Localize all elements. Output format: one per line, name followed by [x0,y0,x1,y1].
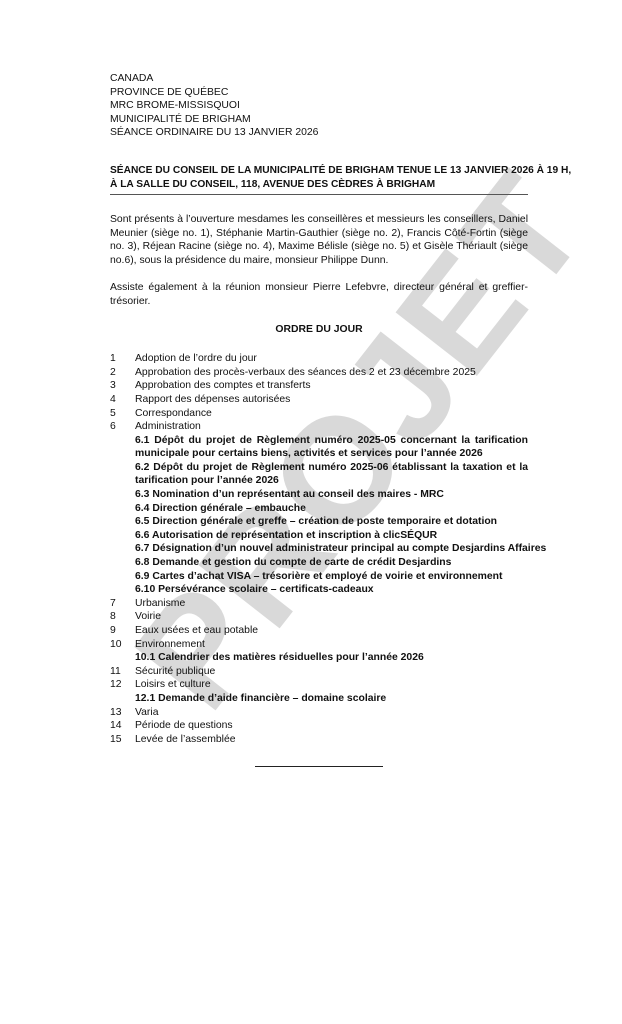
agenda-item-label: Environnement [135,638,205,652]
agenda-item-label: Urbanisme [135,597,185,611]
agenda-item-number: 4 [110,393,135,407]
agenda-item: 1Adoption de l’ordre du jour [110,352,528,366]
agenda-item-label: Varia [135,706,159,720]
end-separator-line [255,766,383,767]
agenda-item: 14Période de questions [110,719,528,733]
agenda-item: 9Eaux usées et eau potable [110,624,528,638]
header-line-municipality: MUNICIPALITÉ DE BRIGHAM [110,113,528,127]
agenda-item-number: 11 [110,665,135,679]
agenda-subitem: 6.9 Cartes d’achat VISA – trésorière et … [110,570,528,584]
agenda-subitem: 12.1 Demande d’aide financière – domaine… [110,692,528,706]
agenda-item: 5Correspondance [110,407,528,421]
agenda-item: 3Approbation des comptes et transferts [110,379,528,393]
header-line-province: PROVINCE DE QUÉBEC [110,86,528,100]
agenda-subitem: 6.10 Persévérance scolaire – certificats… [110,583,528,597]
agenda-item-number: 15 [110,733,135,747]
agenda-item: 7Urbanisme [110,597,528,611]
agenda-item-label: Approbation des comptes et transferts [135,379,311,393]
agenda-item-label: Loisirs et culture [135,678,211,692]
agenda-subitem: 10.1 Calendrier des matières résiduelles… [110,651,528,665]
meeting-title-line-2: À LA SALLE DU CONSEIL, 118, AVENUE DES C… [110,178,528,192]
agenda-item: 11Sécurité publique [110,665,528,679]
agenda-item-number: 9 [110,624,135,638]
agenda-item-label: Eaux usées et eau potable [135,624,258,638]
agenda-item-label: Administration [135,420,201,434]
agenda-item: 4Rapport des dépenses autorisées [110,393,528,407]
agenda-list: 1Adoption de l’ordre du jour2Approbation… [110,352,528,746]
also-present-paragraph: Assiste également à la réunion monsieur … [110,281,528,308]
agenda-subitem: 6.2 Dépôt du projet de Règlement numéro … [110,461,528,488]
agenda-item-number: 8 [110,610,135,624]
header-line-mrc: MRC BROME-MISSISQUOI [110,99,528,113]
attendance-paragraph: Sont présents à l’ouverture mesdames les… [110,213,528,267]
agenda-subitem: 6.3 Nomination d’un représentant au cons… [110,488,528,502]
header-line-country: CANADA [110,72,528,86]
agenda-item: 13Varia [110,706,528,720]
agenda-item-label: Période de questions [135,719,233,733]
agenda-item-label: Voirie [135,610,161,624]
agenda-item: 2Approbation des procès-verbaux des séan… [110,366,528,380]
agenda-item-number: 10 [110,638,135,652]
agenda-title: ORDRE DU JOUR [110,323,528,337]
agenda-item-number: 13 [110,706,135,720]
agenda-item-label: Approbation des procès-verbaux des séanc… [135,366,476,380]
agenda-subitem: 6.4 Direction générale – embauche [110,502,528,516]
document-header: CANADA PROVINCE DE QUÉBEC MRC BROME-MISS… [110,72,528,140]
document-content: CANADA PROVINCE DE QUÉBEC MRC BROME-MISS… [110,72,528,767]
document-page: PROJET CANADA PROVINCE DE QUÉBEC MRC BRO… [0,0,622,1024]
agenda-item-label: Levée de l’assemblée [135,733,236,747]
agenda-item-label: Adoption de l’ordre du jour [135,352,257,366]
agenda-item-number: 5 [110,407,135,421]
agenda-item-label: Correspondance [135,407,212,421]
agenda-item-label: Sécurité publique [135,665,215,679]
agenda-subitem: 6.6 Autorisation de représentation et in… [110,529,528,543]
agenda-item-number: 2 [110,366,135,380]
agenda-subitem: 6.5 Direction générale et greffe – créat… [110,515,528,529]
agenda-item: 12Loisirs et culture [110,678,528,692]
agenda-item-number: 14 [110,719,135,733]
agenda-item-number: 12 [110,678,135,692]
agenda-item: 15Levée de l’assemblée [110,733,528,747]
agenda-subitem: 6.1 Dépôt du projet de Règlement numéro … [110,434,528,461]
agenda-item: 8Voirie [110,610,528,624]
agenda-subitem: 6.8 Demande et gestion du compte de cart… [110,556,528,570]
agenda-item-number: 7 [110,597,135,611]
header-line-session: SÉANCE ORDINAIRE DU 13 JANVIER 2026 [110,126,528,140]
agenda-item-label: Rapport des dépenses autorisées [135,393,290,407]
meeting-title: SÉANCE DU CONSEIL DE LA MUNICIPALITÉ DE … [110,164,528,195]
agenda-item: 10Environnement [110,638,528,652]
agenda-item-number: 3 [110,379,135,393]
agenda-item-number: 1 [110,352,135,366]
agenda-item: 6Administration [110,420,528,434]
agenda-subitem: 6.7 Désignation d’un nouvel administrate… [110,542,528,556]
agenda-item-number: 6 [110,420,135,434]
meeting-title-line-1: SÉANCE DU CONSEIL DE LA MUNICIPALITÉ DE … [110,164,528,178]
